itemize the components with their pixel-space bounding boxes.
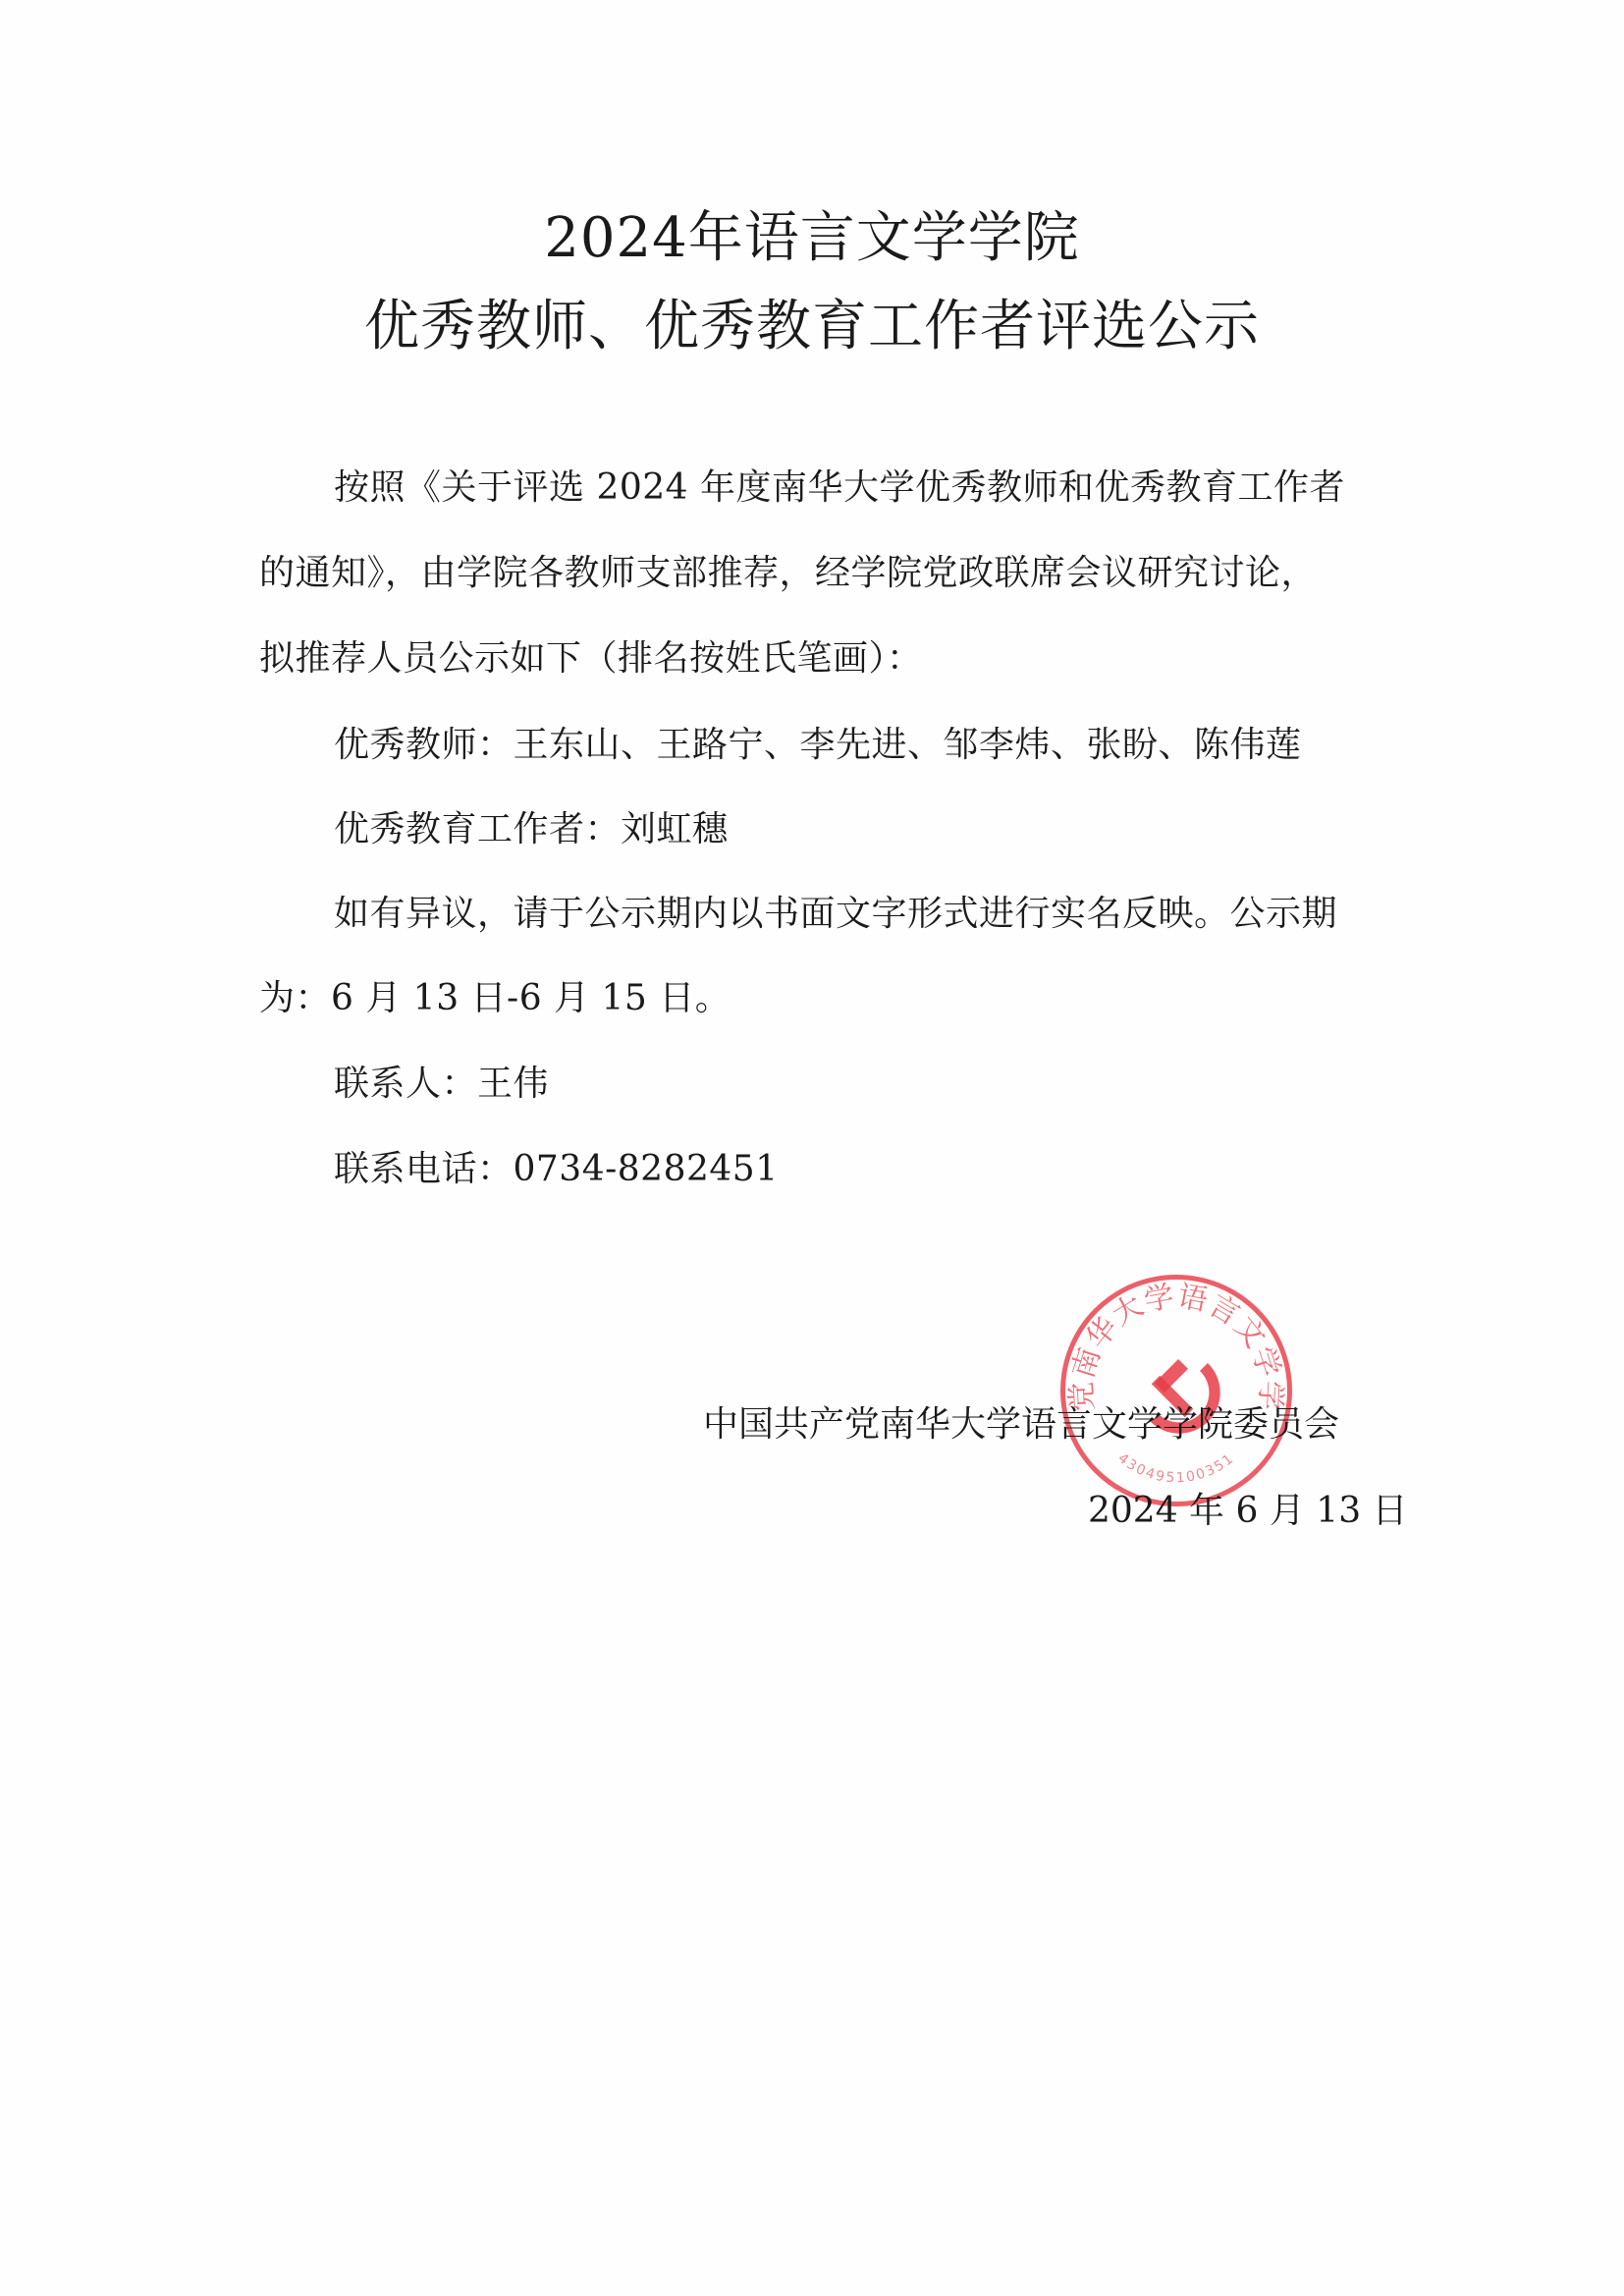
intro-line-2: 的通知》，由学院各教师支部推荐，经学院党政联席会议研究讨论， xyxy=(259,545,1317,595)
objection-line-2: 为：6 月 13 日-6 月 15 日。 xyxy=(259,970,731,1020)
objection-line-1: 如有异议，请于公示期内以书面文字形式进行实名反映。公示期 xyxy=(334,886,1337,936)
contact-person-line: 联系人：王伟 xyxy=(334,1056,549,1106)
intro-line-1: 按照《关于评选 2024 年度南华大学优秀教师和优秀教育工作者 xyxy=(334,460,1345,510)
signing-date: 2024 年 6 月 13 日 xyxy=(1088,1483,1408,1533)
svg-text:430495100351: 430495100351 xyxy=(1114,1450,1237,1486)
excellent-education-workers-line: 优秀教育工作者：刘虹穗 xyxy=(334,801,729,851)
title-line-1: 2024年语言文学学院 xyxy=(0,194,1624,273)
signing-organization: 中国共产党南华大学语言文学学院委员会 xyxy=(703,1396,1339,1447)
intro-line-3: 拟推荐人员公示如下（排名按姓氏笔画）： xyxy=(259,630,923,681)
party-emblem-icon: 中国共产党南华大学语言文学学院委员会 430495100351 xyxy=(1060,1275,1292,1506)
document-page: 2024年语言文学学院 优秀教师、优秀教育工作者评选公示 按照《关于评选 202… xyxy=(0,0,1624,2296)
title-line-2: 优秀教师、优秀教育工作者评选公示 xyxy=(0,283,1624,361)
official-seal-stamp: 中国共产党南华大学语言文学学院委员会 430495100351 xyxy=(1060,1275,1292,1506)
svg-text:中国共产党南华大学语言文学学院委员会: 中国共产党南华大学语言文学学院委员会 xyxy=(1060,1275,1288,1412)
contact-phone-line: 联系电话：0734-8282451 xyxy=(334,1141,779,1191)
excellent-teachers-line: 优秀教师：王东山、王路宁、李先进、邹李炜、张盼、陈伟莲 xyxy=(334,717,1302,767)
